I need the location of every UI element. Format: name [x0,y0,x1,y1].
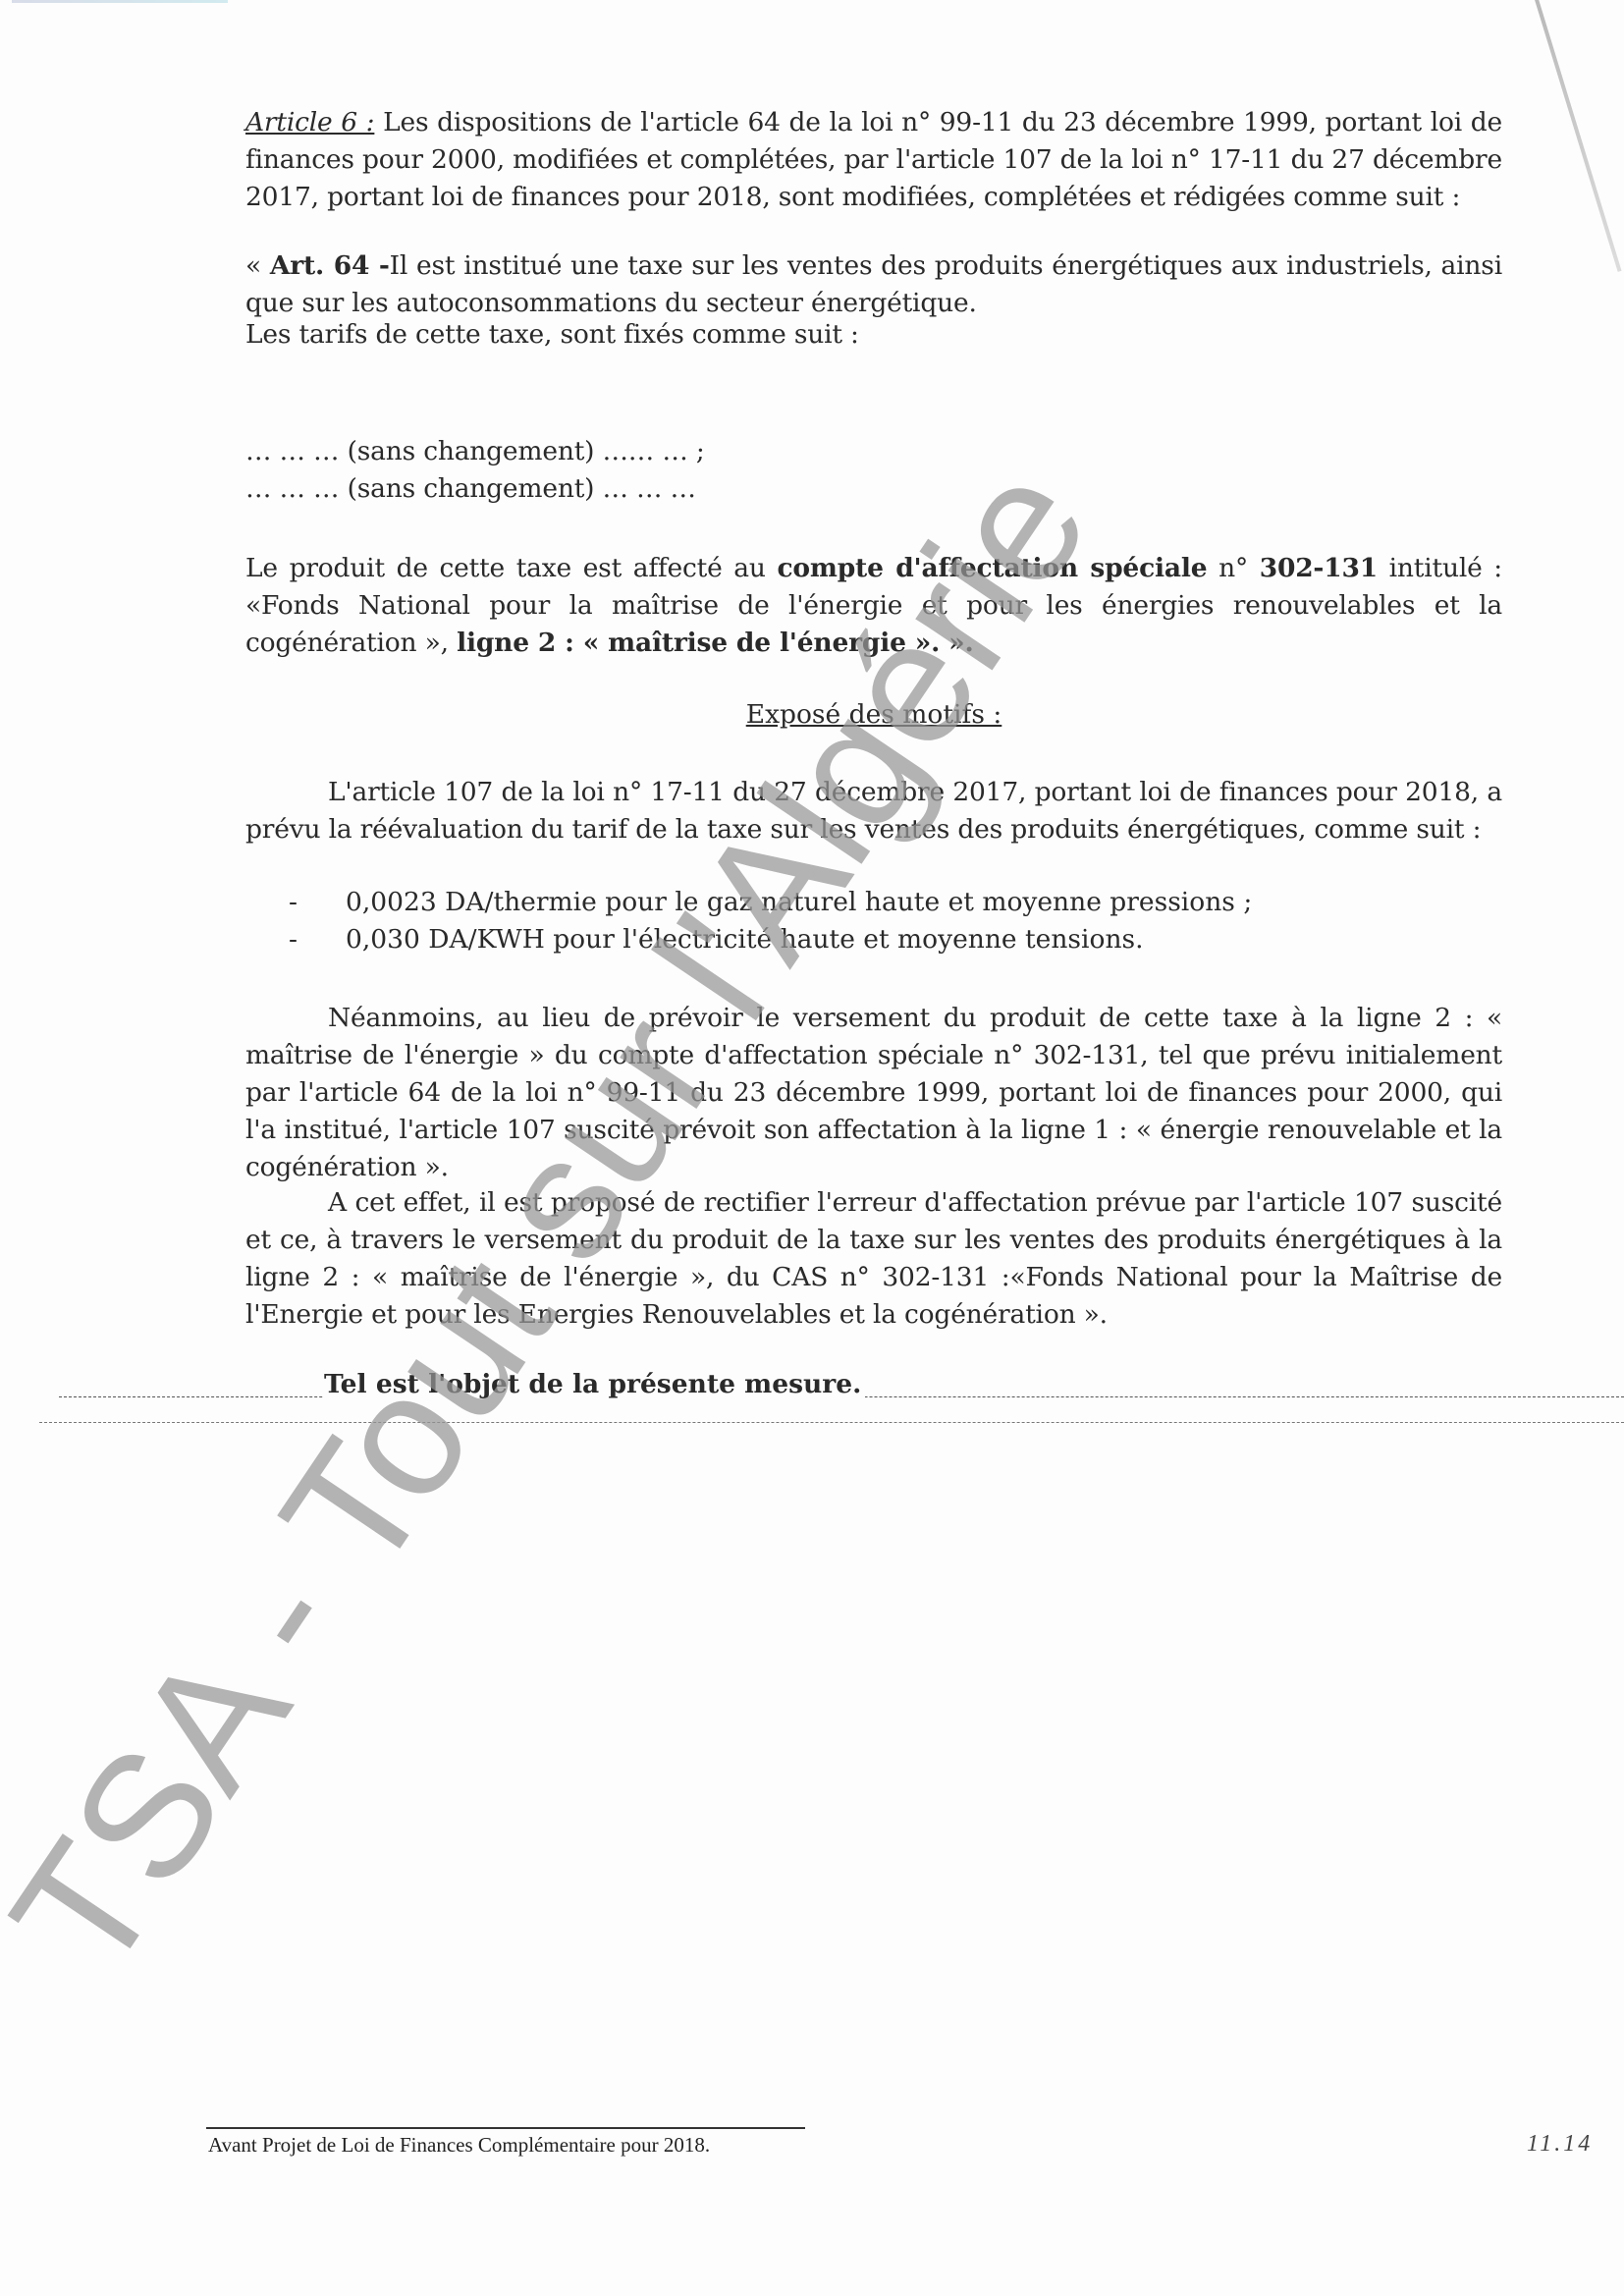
unchanged-line-1: … … … (sans changement) …… … ; [245,433,1502,470]
unchanged-line-2: … … … (sans changement) … … … [245,470,1502,508]
document-page: Article 6 : Les dispositions de l'articl… [0,0,1624,2296]
affect-text-2: n° [1207,553,1259,583]
footer-rule [206,2127,805,2129]
article-label: Article 6 : [245,107,374,137]
article-intro-text: Les dispositions de l'article 64 de la l… [245,107,1502,212]
article-6-intro: Article 6 : Les dispositions de l'articl… [245,104,1502,216]
motifs-paragraph-2: Néanmoins, au lieu de prévoir le verseme… [245,1000,1502,1186]
tarifs-line: Les tarifs de cette taxe, sont fixés com… [245,316,1502,354]
scan-artifact-top [12,0,228,3]
dash-bullet-icon: - [289,921,298,958]
footer-text: Avant Projet de Loi de Finances Compléme… [208,2133,710,2158]
dash-bullet-icon: - [289,884,298,921]
quote-open: « [245,250,270,281]
scan-artifact-edge [1532,0,1622,272]
dashed-separator-2 [39,1422,1624,1423]
affect-text-1: Le produit de cette taxe est affecté au [245,553,777,583]
art-64-label: Art. 64 - [270,250,390,281]
art-64-text: Il est institué une taxe sur les ventes … [245,250,1502,318]
art-64-paragraph: « Art. 64 -Il est institué une taxe sur … [245,247,1502,322]
affect-bold-2: 302-131 [1260,553,1378,583]
page-number: 11.14 [1527,2131,1593,2158]
